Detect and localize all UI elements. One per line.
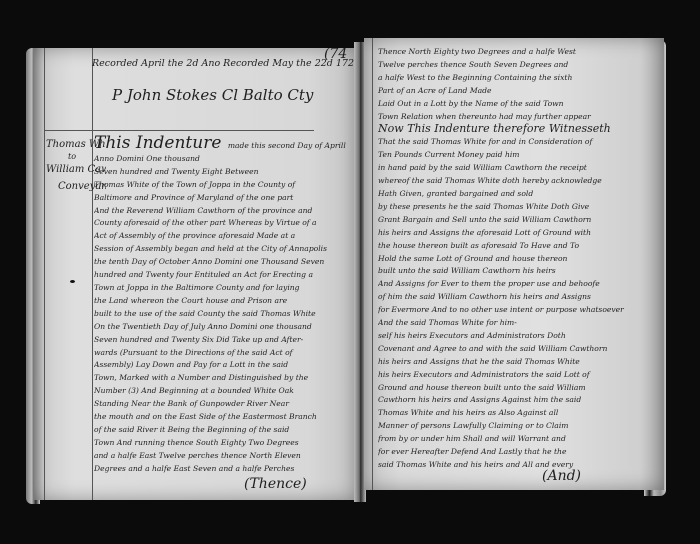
deed-line: wards (Pursuant to the Directions of the… [94,347,352,360]
deed-line-witnesseth: Now This Indenture therefore Witnesseth [378,123,654,136]
deed-line: of him the said William Cawthorn his hei… [378,291,654,304]
deed-line: the house thereon built as aforesaid To … [378,240,654,253]
deed-line: Session of Assembly began and held at th… [94,243,352,256]
deed-line: his heirs and Assigns that he the said T… [378,356,654,369]
deed-line: Town And running thence South Eighty Two… [94,437,352,450]
deed-line: Town at Joppa in the Baltimore County an… [94,282,352,295]
deed-line: a halfe West to the Beginning Containing… [378,72,654,85]
deed-text-left: This Indenture made this second Day of A… [94,134,352,476]
margin-rule-outer [44,48,45,500]
deed-line: Assembly) Lay Down and Pay for a Lott in… [94,359,352,372]
deed-line: Town Relation when thereunto had may fur… [378,111,654,124]
deed-line: And the Reverend William Cawthorn of the… [94,205,352,218]
deed-line: Twelve perches thence South Seven Degree… [378,59,654,72]
deed-line: Thomas White of the Town of Joppa in the… [94,179,352,192]
deed-line: Number (3) And Beginning at a bounded Wh… [94,385,352,398]
right-page: 75) Thence North Eighty two Degrees and … [364,38,664,490]
catchword-left: (Thence) [244,476,307,492]
deed-line: Baltimore and Province of Maryland of th… [94,192,352,205]
deed-line: Standing Near the Bank of Gunpowder Rive… [94,398,352,411]
deed-line: said Thomas White and his heirs and All … [378,459,654,472]
deed-line: Act of Assembly of the province aforesai… [94,230,352,243]
clerk-signature: P John Stokes Cl Balto Cty [112,86,313,104]
deed-line: hundred and Twenty four Entituled an Act… [94,269,352,282]
deed-line: built unto the said William Cawthorn his… [378,265,654,278]
deed-line: Ten Pounds Current Money paid him [378,149,654,162]
deed-text-right: Thence North Eighty two Degrees and a ha… [378,46,654,472]
header-rule [44,130,314,131]
margin-rule-right [372,38,373,490]
deed-line: whereof the said Thomas White doth hereb… [378,175,654,188]
deed-line: Ground and house thereon built unto the … [378,382,654,395]
deed-line: self his heirs Executors and Administrat… [378,330,654,343]
deed-line: the mouth and on the East Side of the Ea… [94,411,352,424]
deed-line: in hand paid by the said William Cawthor… [378,162,654,175]
deed-title: This Indenture [94,134,221,152]
deed-line: by these presents he the said Thomas Whi… [378,201,654,214]
deed-line: built to the use of the said County the … [94,308,352,321]
ink-blot [70,280,75,283]
deed-line: Seven hundred and Twenty Six Did Take up… [94,334,352,347]
deed-line: his heirs and Assigns the aforesaid Lott… [378,227,654,240]
deed-line: Hold the same Lott of Ground and house t… [378,253,654,266]
deed-line: for ever Hereafter Defend And Lastly tha… [378,446,654,459]
deed-line: That the said Thomas White for and in Co… [378,136,654,149]
deed-line: Hath Given, granted bargained and sold [378,188,654,201]
deed-line: Cawthorn his heirs and Assigns Against h… [378,394,654,407]
deed-line: from by or under him Shall and will Warr… [378,433,654,446]
deed-line: County aforesaid of the other part Where… [94,217,352,230]
deed-line: Laid Out in a Lott by the Name of the sa… [378,98,654,111]
deed-line: Covenant and Agree to and with the said … [378,343,654,356]
deed-line: Manner of persons Lawfully Claiming or t… [378,420,654,433]
deed-line: Grant Bargain and Sell unto the said Wil… [378,214,654,227]
deed-line: his heirs Executors and Administrators t… [378,369,654,382]
left-page: (74 Recorded April the 2d Ano Recorded M… [34,48,356,500]
deed-line: the tenth Day of October Anno Domini one… [94,256,352,269]
deed-line: and a halfe East Twelve perches thence N… [94,450,352,463]
deed-line: Town, Marked with a Number and Distingui… [94,372,352,385]
deed-line: of the said River it Being the Beginning… [94,424,352,437]
deed-line: Thence North Eighty two Degrees and a ha… [378,46,654,59]
deed-line: Part of an Acre of Land Made [378,85,654,98]
deed-line: Seven hundred and Twenty Eight Between [94,166,352,179]
deed-line: Thomas White and his heirs as Also Again… [378,407,654,420]
deed-line: On the Twentieth Day of July Anno Domini… [94,321,352,334]
margin-rule-inner [92,48,93,500]
deed-line: And the said Thomas White for him- [378,317,654,330]
deed-line: the Land whereon the Court house and Pri… [94,295,352,308]
recording-note: Recorded April the 2d Ano Recorded May t… [92,58,356,69]
deed-line: Degrees and a halfe East Seven and a hal… [94,463,352,476]
open-ledger-book: (74 Recorded April the 2d Ano Recorded M… [26,36,666,506]
deed-line: And Assigns for Ever to them the proper … [378,278,654,291]
deed-line: for Evermore And to no other use intent … [378,304,654,317]
catchword-right: (And) [542,468,581,484]
